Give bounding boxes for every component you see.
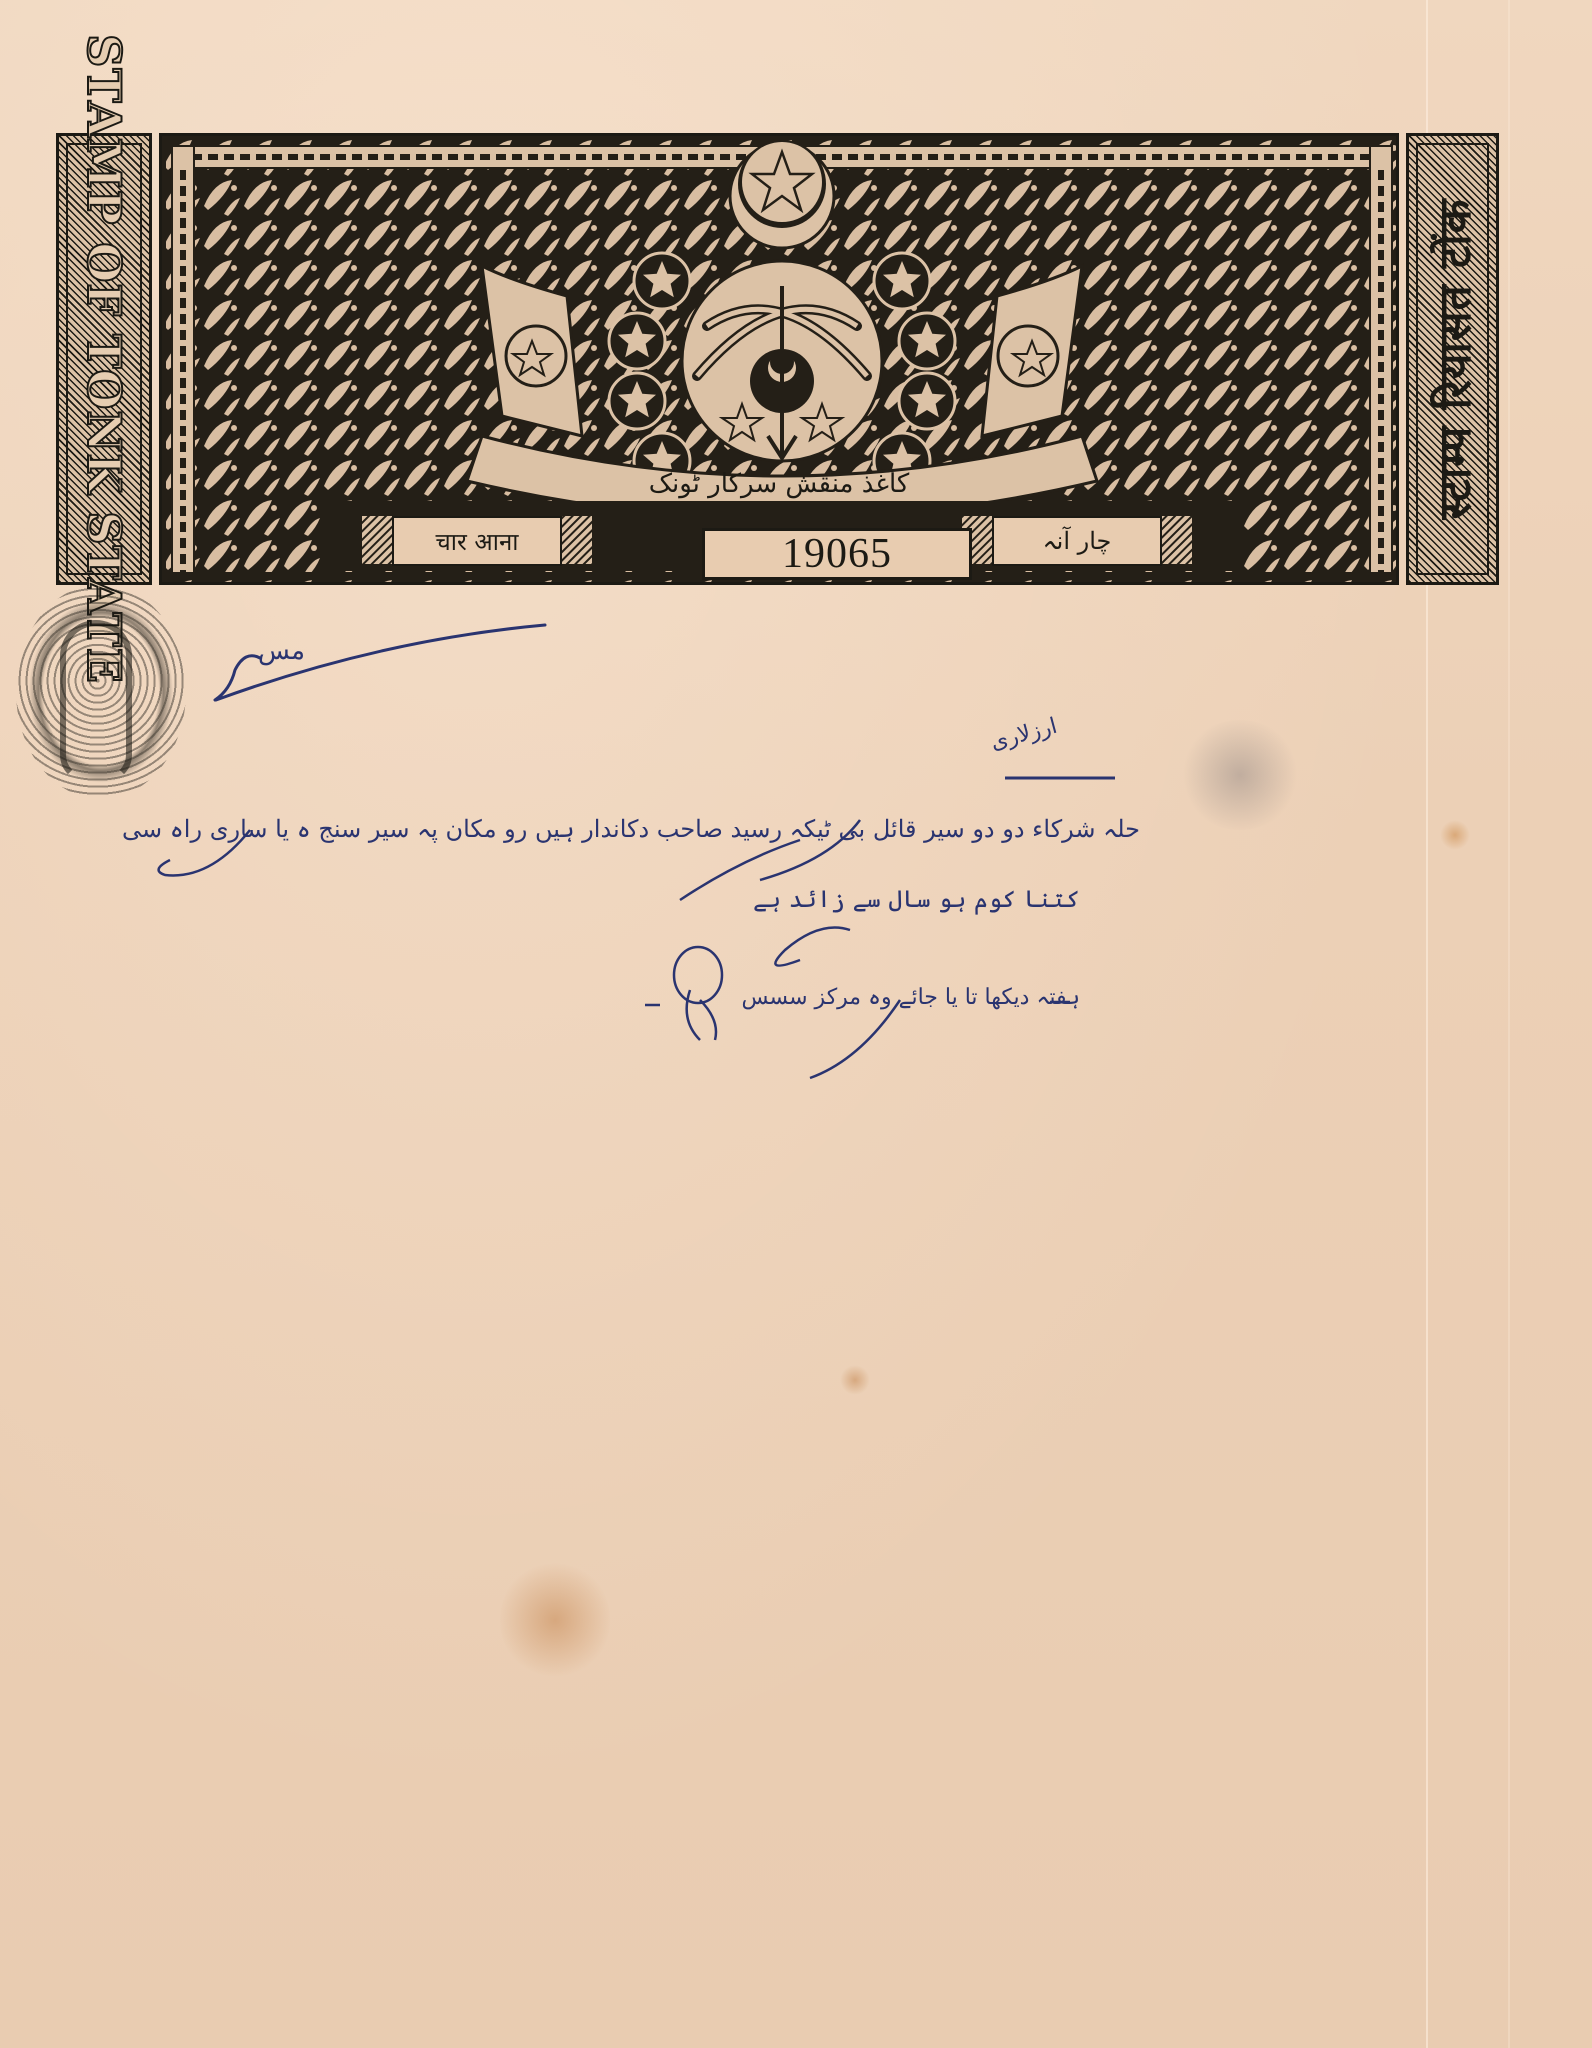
annotation-line-3: ہفتہ دیکھا تا یا جائے وہ مرکز سسس (720, 985, 1080, 1010)
annotation-line-2: کتنا کوم ہو سال سے زائد ہے (780, 885, 1080, 913)
annotation-line-1: حلہ شرکاء دو دو سیر قائل بی ٹیکہ رسید صا… (160, 815, 1140, 843)
handwriting-strokes (0, 0, 1592, 2048)
initial-mark: مس (258, 636, 305, 666)
